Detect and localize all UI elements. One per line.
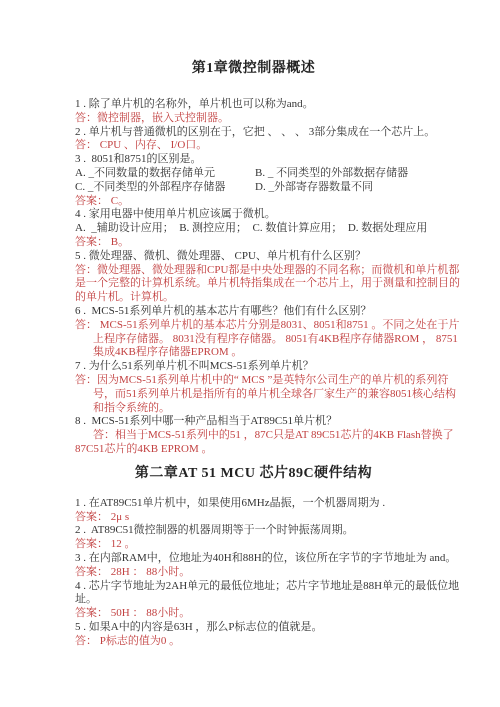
question-line: 3 . 在内部RAM中，位地址为40H和88H的位，该位所在字节的字节地址为 a… <box>75 552 432 566</box>
answer-line: 87C51芯片的4KB EPROM 。 <box>75 443 432 457</box>
answer-line: 答：微处理器、微处理器和CPU都是中央处理器的不同名称；而微机和单片机都 <box>75 264 432 278</box>
document-page: 第1章微控制器概述 1 . 除了单片机的名称外，单片机也可以称为and。答：微控… <box>0 0 500 707</box>
answer-line: 号，而51系列单片机是指所有的单片机全球各厂家生产的兼容8051核心结构 <box>75 388 432 402</box>
option-right: B. _ 不同类型的外部数据存储器 <box>255 167 408 179</box>
question-line: 2 . AT89C51微控制器的机器周期等于一个时钟振荡周期。 <box>75 524 432 538</box>
option-left: A. _不同数量的数据存储单元 <box>75 167 255 181</box>
answer-line: 和指令系统的。 <box>75 402 432 416</box>
question-line: 5 . 微处理器、微机、微处理器、 CPU、单片机有什么区别？ <box>75 250 432 264</box>
question-line: 7 . 为什么51系列单片机不叫MCS-51系列单片机？ <box>75 360 432 374</box>
answer-line: 答案： C。 <box>75 195 432 209</box>
question-line: 4 . 家用电器中使用单片机应该属于微机。 <box>75 208 432 222</box>
answer-line: 答案： 50H ： 88小时。 <box>75 607 432 621</box>
question-line: 6 . MCS-51系列单片机的基本芯片有哪些？他们有什么区别？ <box>75 305 432 319</box>
question-line: 8 . MCS-51系列中哪一种产品相当于AT89C51单片机？ <box>75 415 432 429</box>
chapter1-body: 1 . 除了单片机的名称外，单片机也可以称为and。答：微控制器，嵌入式控制器。… <box>75 98 432 457</box>
question-line: 1 . 在AT89C51单片机中，如果使用6MHz晶振，一个机器周期为 . <box>75 497 432 511</box>
question-line: 址。 <box>75 593 432 607</box>
answer-line: 答：因为MCS-51系列单片机中的“ MCS ”是英特尔公司生产的单片机的系列符 <box>75 374 432 388</box>
answer-line: 答案： B。 <box>75 236 432 250</box>
chapter1-title: 第1章微控制器概述 <box>75 60 432 78</box>
question-line: 3 . 8051和8751的区别是。 <box>75 153 432 167</box>
option-row: A. _不同数量的数据存储单元B. _ 不同类型的外部数据存储器 <box>75 167 432 181</box>
answer-line: 答案： 2μ s <box>75 511 432 525</box>
question-line: 2 . 单片机与普通微机的区别在于，它把 、 、 、 3部分集成在一个芯片上。 <box>75 126 432 140</box>
answer-line: 答：相当于MCS-51系列中的51 ，87C只是AT 89C51芯片的4KB F… <box>75 429 432 443</box>
chapter2-title: 第二章AT 51 MCU 芯片89C硬件结构 <box>75 465 432 483</box>
answer-line: 答案： 12 。 <box>75 538 432 552</box>
question-line: 4 . 芯片字节地址为2AH单元的最低位地址；芯片字节地址是88H单元的最低位地 <box>75 580 432 594</box>
chapter2-body: 1 . 在AT89C51单片机中，如果使用6MHz晶振，一个机器周期为 .答案：… <box>75 497 432 649</box>
answer-line: 是一个完整的计算机系统。单片机特指集成在一个芯片上，用于测量和控制目的 <box>75 277 432 291</box>
option-row: C. _不同类型的外部程序存储器D. _外部寄存器数量不同 <box>75 181 432 195</box>
answer-line: 集成4KB程序存储器EPROM 。 <box>75 346 432 360</box>
question-line: A. _辅助设计应用； B. 测控应用； C. 数值计算应用； D. 数据处理应… <box>75 222 432 236</box>
question-line: 5 . 如果A中的内容是63H ，那么P标志位的值就是。 <box>75 621 432 635</box>
question-line: 1 . 除了单片机的名称外，单片机也可以称为and。 <box>75 98 432 112</box>
answer-line: 答： MCS-51系列单片机的基本芯片分别是8031、8051和8751 。不同… <box>75 319 432 333</box>
answer-line: 上程序存储器。 8031没有程序存储器。 8051有4KB程序存储器ROM ， … <box>75 333 432 347</box>
option-right: D. _外部寄存器数量不同 <box>255 181 373 193</box>
answer-line: 答： P标志的值为0 。 <box>75 635 432 649</box>
answer-line: 答： CPU 、内存、 I/O口。 <box>75 139 432 153</box>
answer-line: 答案： 28H ： 88小时。 <box>75 566 432 580</box>
option-left: C. _不同类型的外部程序存储器 <box>75 181 255 195</box>
answer-line: 的单片机。计算机。 <box>75 291 432 305</box>
answer-line: 答：微控制器，嵌入式控制器。 <box>75 112 432 126</box>
